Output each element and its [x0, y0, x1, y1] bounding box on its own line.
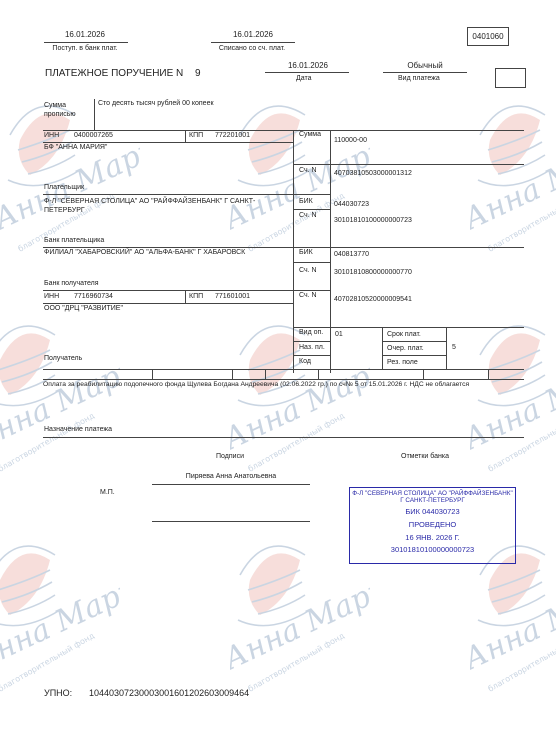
priority: 5 [452, 344, 456, 351]
op-type-label: Вид оп. [299, 329, 323, 336]
reserve-label: Рез. поле [387, 359, 418, 366]
payee-inn: 7716960734 [74, 293, 113, 300]
payer-inn-label: ИНН [44, 132, 59, 139]
payer-name: БФ "АННА МАРИЯ" [44, 144, 107, 151]
payee-kpp-label: КПП [189, 293, 203, 300]
payment-purpose: Оплата за реабилитацию подопечного фонда… [43, 381, 469, 388]
bank-marks-label: Отметки банка [385, 453, 465, 460]
stamp-place-label: М.П. [100, 489, 115, 496]
stamp-account: 30101810100000000723 [350, 546, 515, 555]
document-date-label: Дата [296, 75, 312, 82]
payee-inn-label: ИНН [44, 293, 59, 300]
payer-inn: 0400007265 [74, 132, 113, 139]
document-number: 9 [195, 68, 201, 79]
document-title: ПЛАТЕЖНОЕ ПОРУЧЕНИЕ N [45, 68, 183, 79]
payer-bik: 044030723 [334, 201, 369, 208]
svg-text:Анна Мария: Анна Мария [0, 562, 120, 678]
payer-kpp-label: КПП [189, 132, 203, 139]
payer-bik-label: БИК [299, 198, 313, 205]
payee-bank-name: ФИЛИАЛ "ХАБАРОВСКИЙ" АО "АЛЬФА-БАНК" Г Х… [44, 249, 245, 256]
payee-bank-label: Банк получателя [44, 280, 99, 287]
stamp-date: 16 ЯНВ. 2026 Г. [350, 534, 515, 543]
upno-value: 10440307230003001601202603009464 [89, 688, 249, 698]
svg-text:благотворительный фонд: благотворительный фонд [247, 631, 347, 694]
payment-type: Обычный [383, 61, 467, 70]
svg-text:благотворительный фонд: благотворительный фонд [487, 411, 556, 474]
payee-kpp: 771601001 [215, 293, 250, 300]
svg-text:Анна Мария: Анна Мария [470, 342, 556, 458]
payer-bank-account: 30101810100000000723 [334, 217, 412, 224]
svg-text:Анна Мария: Анна Мария [470, 122, 556, 238]
payee-bik: 040813770 [334, 251, 369, 258]
svg-text:благотворительный фонд: благотворительный фонд [487, 631, 556, 694]
svg-text:благотворительный фонд: благотворительный фонд [487, 191, 556, 254]
svg-text:благотворительный фонд: благотворительный фонд [247, 411, 347, 474]
signatures-label: Подписи [200, 453, 260, 460]
payee-account: 40702810520000009541 [334, 296, 412, 303]
stamp-status: ПРОВЕДЕНО [350, 521, 515, 530]
purpose-code-label: Наз. пл. [299, 344, 325, 351]
payee-bik-label: БИК [299, 249, 313, 256]
document-date: 16.01.2026 [266, 61, 350, 70]
op-type: 01 [335, 331, 343, 338]
bank-stamp: Ф-Л "СЕВЕРНАЯ СТОЛИЦА" АО "РАЙФФАЙЗЕНБАН… [349, 487, 516, 564]
svg-text:благотворительный фонд: благотворительный фонд [0, 631, 96, 694]
payment-purpose-label: Назначение платежа [44, 426, 112, 433]
debited-label: Списано со сч. плат. [206, 45, 298, 52]
status-box [495, 68, 526, 88]
watermark-logo-icon: Анна Марияблаготворительный фонд [0, 300, 120, 485]
amount-words-value: Сто десять тысяч рублей 00 копеек [98, 100, 214, 107]
code-label: Код [299, 358, 311, 365]
received-label: Поступ. в банк плат. [40, 45, 130, 52]
debited-date: 16.01.2026 [210, 30, 296, 39]
received-date: 16.01.2026 [42, 30, 128, 39]
svg-text:благотворительный фонд: благотворительный фонд [0, 411, 96, 474]
sum-label: Сумма [299, 131, 321, 138]
stamp-bank-name: Ф-Л "СЕВЕРНАЯ СТОЛИЦА" АО "РАЙФФАЙЗЕНБАН… [350, 488, 515, 504]
svg-text:Анна Мария: Анна Мария [470, 562, 556, 678]
payer-bank-label: Банк плательщика [44, 237, 104, 244]
svg-text:Анна Мария: Анна Мария [230, 562, 370, 678]
sum-value: 110000-00 [334, 137, 367, 144]
payee-name: ООО "ДРЦ "РАЗВИТИЕ" [44, 305, 123, 312]
payer-bank-name: Ф-Л "СЕВЕРНАЯ СТОЛИЦА" АО "РАЙФФАЙЗЕНБАН… [44, 197, 289, 215]
upno-label: УПНО: [44, 688, 72, 698]
amount-words-label: Сумма прописью [44, 101, 90, 119]
payer-kpp: 772201001 [215, 132, 250, 139]
stamp-bik: БИК 044030723 [350, 508, 515, 517]
watermark-logo-icon: Анна Марияблаготворительный фонд [470, 80, 556, 265]
payee-account-label: Сч. N [299, 292, 317, 299]
payee-bank-account: 30101810800000000770 [334, 269, 412, 276]
payee-bank-account-label: Сч. N [299, 267, 317, 274]
svg-text:Анна Мария: Анна Мария [0, 122, 140, 238]
watermark-logo-icon: Анна Марияблаготворительный фонд [0, 520, 120, 705]
payment-type-label: Вид платежа [398, 75, 440, 82]
payer-account-label: Сч. N [299, 167, 317, 174]
due-label: Срок плат. [387, 331, 421, 338]
form-code-box: 0401060 [467, 27, 509, 46]
priority-label: Очер. плат. [387, 345, 424, 352]
payer-account: 40703810503000001312 [334, 170, 412, 177]
payer-label: Плательщик [44, 184, 84, 191]
payee-label: Получатель [44, 355, 82, 362]
payer-bank-account-label: Сч. N [299, 212, 317, 219]
signer-name: Пиряева Анна Анатольевна [152, 473, 310, 480]
